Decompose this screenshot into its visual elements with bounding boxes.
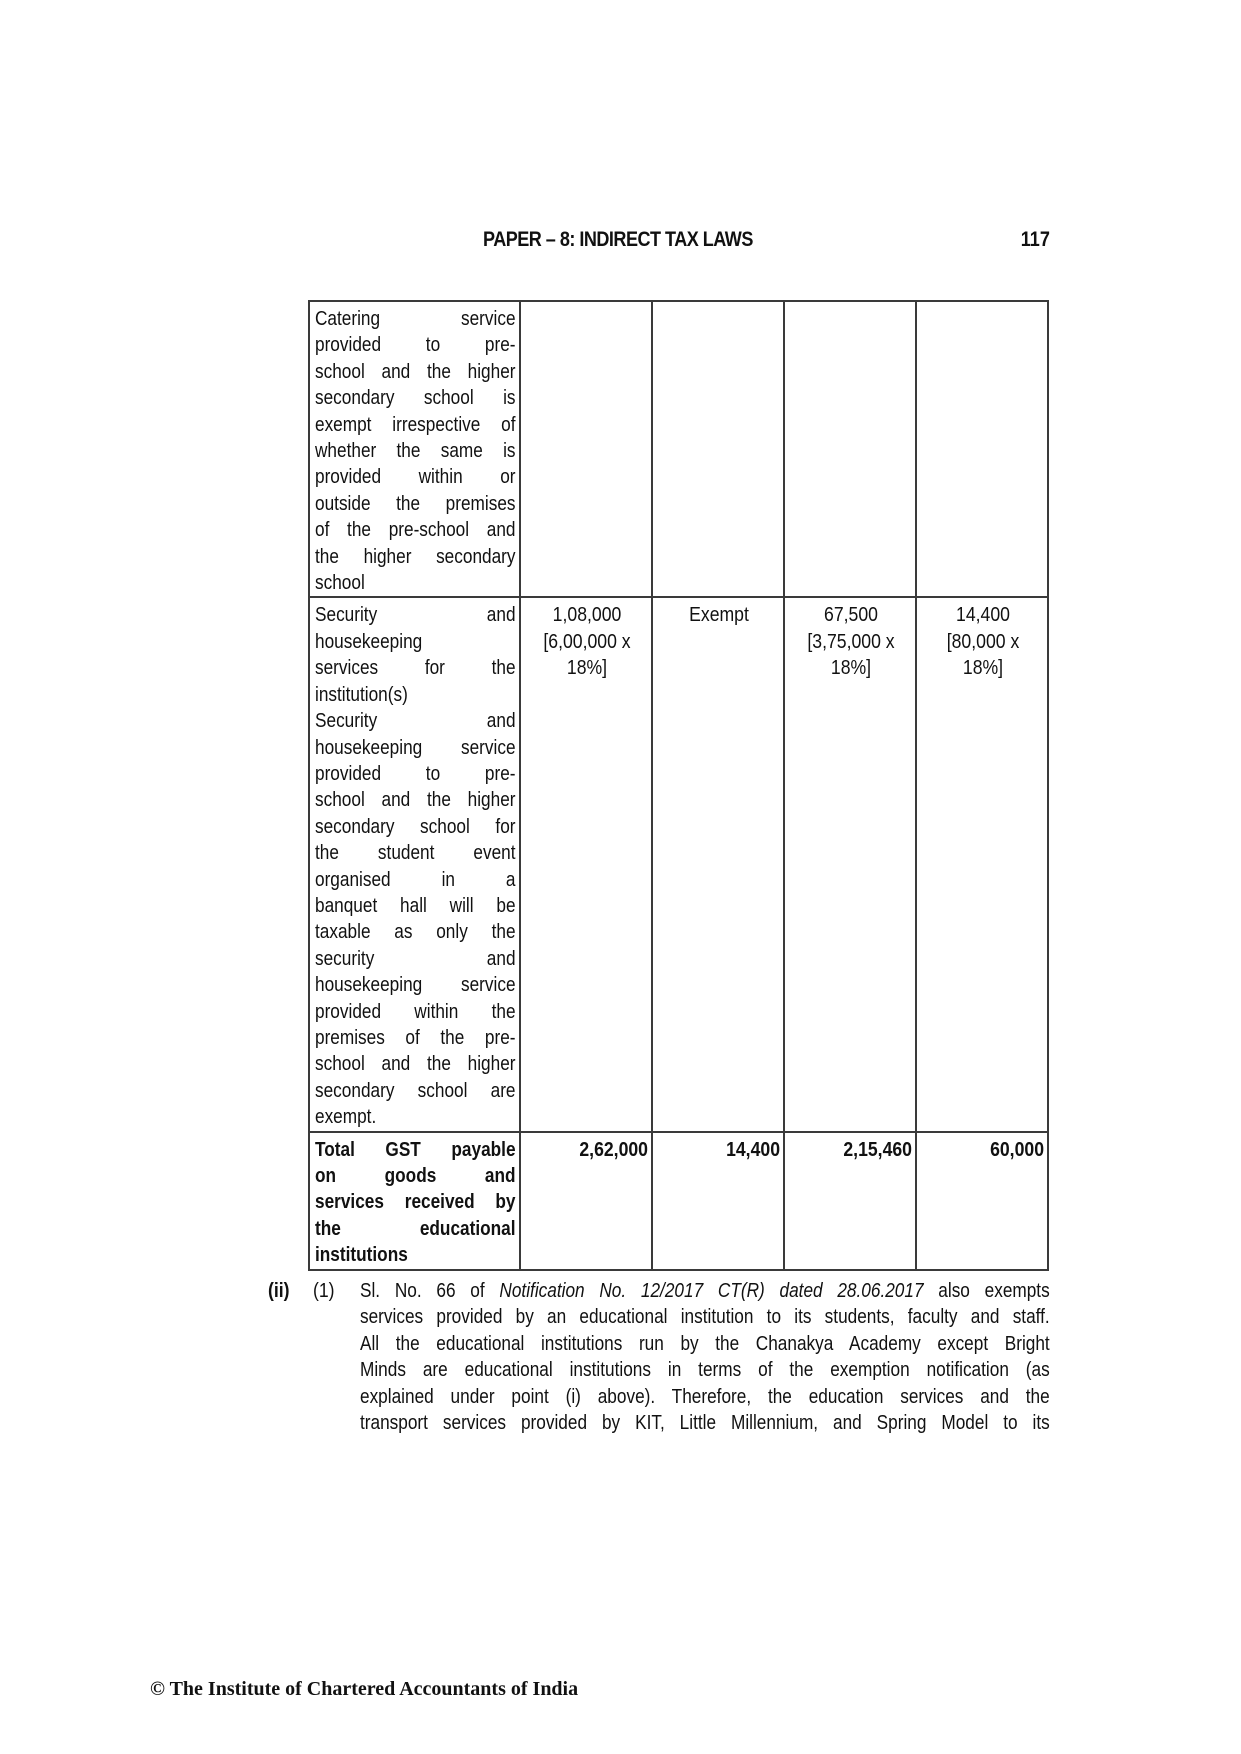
description-line: school and the higher — [315, 359, 516, 385]
section-label: (ii) — [268, 1278, 290, 1304]
paragraph-line: All the educational institutions run by … — [360, 1331, 1050, 1357]
table-row-security-housekeeping: Security andhousekeepingservices for the… — [309, 597, 1048, 1131]
paragraph-line: transport services provided by KIT, Litt… — [360, 1410, 1050, 1436]
paragraph-line: Minds are educational institutions in te… — [360, 1357, 1050, 1383]
total-value-col2: 14,400 — [652, 1132, 784, 1270]
description-line: the student event — [315, 840, 516, 866]
description-line: services for the — [315, 655, 516, 681]
description-line: secondary school are — [315, 1078, 516, 1104]
description-line: school and the higher — [315, 787, 516, 813]
paragraph-line: services provided by an educational inst… — [360, 1304, 1050, 1330]
total-value-col1: 2,62,000 — [520, 1132, 652, 1270]
table-row-catering: Catering serviceprovided to pre-school a… — [309, 301, 1048, 597]
description-line: secondary school for — [315, 814, 516, 840]
description-line: provided to pre- — [315, 761, 516, 787]
description-line: institutions — [315, 1242, 516, 1268]
row-description: Security andhousekeepingservices for the… — [309, 597, 520, 1131]
description-line: provided within or — [315, 464, 516, 490]
value-line: [80,000 x — [930, 629, 1035, 655]
description-line: housekeeping service — [315, 735, 516, 761]
description-line: exempt irrespective of — [315, 412, 516, 438]
row-value-col1 — [520, 301, 652, 597]
paragraph-line: explained under point (i) above). Theref… — [360, 1384, 1050, 1410]
description-line: taxable as only the — [315, 919, 516, 945]
description-line: services received by — [315, 1189, 516, 1215]
description-line: provided to pre- — [315, 332, 516, 358]
description-line: on goods and — [315, 1163, 516, 1189]
description-line: whether the same is — [315, 438, 516, 464]
row-value-col2 — [652, 301, 784, 597]
description-line: school and the higher — [315, 1051, 516, 1077]
sub-section-label: (1) — [313, 1278, 335, 1304]
description-line: security and — [315, 946, 516, 972]
description-line: institution(s) — [315, 682, 516, 708]
paragraph-body: Sl. No. 66 of Notification No. 12/2017 C… — [360, 1278, 1050, 1436]
row-value-col4: 14,400[80,000 x18%] — [916, 597, 1048, 1131]
description-line: outside the premises — [315, 491, 516, 517]
description-line: Security and — [315, 602, 516, 628]
table-row-total: Total GST payableon goods andservices re… — [309, 1132, 1048, 1270]
value-line: [6,00,000 x — [534, 629, 639, 655]
description-line: Security and — [315, 708, 516, 734]
row-description: Total GST payableon goods andservices re… — [309, 1132, 520, 1270]
description-line: the educational — [315, 1216, 516, 1242]
description-line: the higher secondary — [315, 544, 516, 570]
description-line: of the pre-school and — [315, 517, 516, 543]
description-line: exempt. — [315, 1104, 516, 1130]
total-value-col3: 2,15,460 — [784, 1132, 916, 1270]
value-line: 18%] — [798, 655, 903, 681]
row-value-col3 — [784, 301, 916, 597]
value-line: 1,08,000 — [534, 602, 639, 628]
value-line: Exempt — [666, 602, 771, 628]
copyright-footer: © The Institute of Chartered Accountants… — [150, 1678, 578, 1701]
row-value-col4 — [916, 301, 1048, 597]
description-line: banquet hall will be — [315, 893, 516, 919]
description-line: Total GST payable — [315, 1137, 516, 1163]
description-line: organised in a — [315, 867, 516, 893]
row-value-col2: Exempt — [652, 597, 784, 1131]
row-value-col1: 1,08,000[6,00,000 x18%] — [520, 597, 652, 1131]
value-line: 67,500 — [798, 602, 903, 628]
total-value-col4: 60,000 — [916, 1132, 1048, 1270]
description-line: Catering service — [315, 306, 516, 332]
page-number: 117 — [1021, 228, 1050, 252]
value-line: 18%] — [534, 655, 639, 681]
gst-table: Catering serviceprovided to pre-school a… — [308, 300, 1049, 1271]
description-line: premises of the pre- — [315, 1025, 516, 1051]
description-line: housekeeping service — [315, 972, 516, 998]
description-line: school — [315, 570, 516, 596]
description-line: secondary school is — [315, 385, 516, 411]
value-line: [3,75,000 x — [798, 629, 903, 655]
row-value-col3: 67,500[3,75,000 x18%] — [784, 597, 916, 1131]
value-line: 14,400 — [930, 602, 1035, 628]
description-line: housekeeping — [315, 629, 516, 655]
page-header-title: PAPER – 8: INDIRECT TAX LAWS — [483, 228, 753, 252]
paragraph-line: Sl. No. 66 of Notification No. 12/2017 C… — [360, 1278, 1050, 1304]
value-line: 18%] — [930, 655, 1035, 681]
description-line: provided within the — [315, 999, 516, 1025]
row-description: Catering serviceprovided to pre-school a… — [309, 301, 520, 597]
